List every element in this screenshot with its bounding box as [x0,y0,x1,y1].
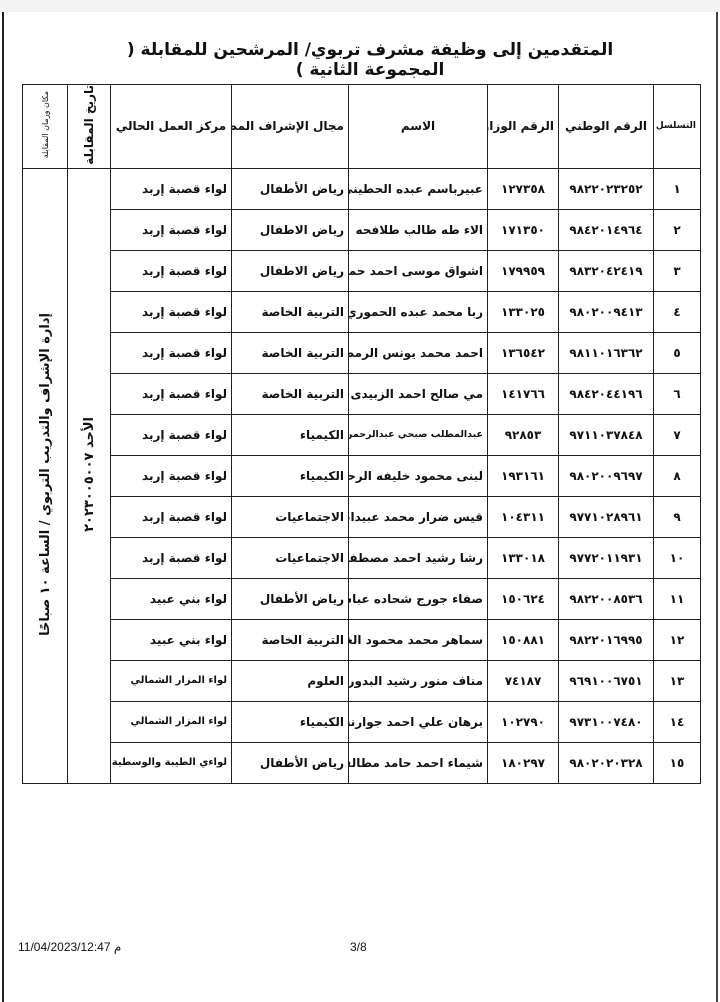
page-edge-right [716,12,718,1002]
table-row: ١٢٩٨٢٢٠١٦٩٩٥١٥٠٨٨١سماهر محمد محمود الغرا… [23,619,701,660]
footer-page-number: 3/8 [350,940,367,954]
row-seq: ١٢ [654,619,701,660]
header-seq: التسلسل [654,85,701,169]
row-field: الاجتماعيات [232,496,349,537]
row-ministry-id: ١٥٠٨٨١ [488,619,559,660]
row-ministry-id: ٧٤١٨٧ [488,660,559,701]
row-seq: ٨ [654,455,701,496]
row-name: عبدالمطلب صبحي عبدالرحمن العايدي [349,414,488,455]
row-field: رياض الأطفال [232,578,349,619]
table-row: ١٥٩٨٠٢٠٢٠٣٢٨١٨٠٢٩٧شيماء احمد حامد مطالقه… [23,742,701,783]
row-name: شيماء احمد حامد مطالقه [349,742,488,783]
row-ministry-id: ١٣٣٠١٨ [488,537,559,578]
table-row: ٦٩٨٤٢٠٤٤١٩٦١٤١٧٦٦مي صالح احمد الزبيدىالت… [23,373,701,414]
merged-interview-place-time: إدارة الإشراف والتدريب التربوي / الساعة … [23,168,68,783]
row-national-id: ٩٨٤٢٠١٤٩٦٤ [559,209,654,250]
table-row: ١٤٩٧٣١٠٠٧٤٨٠١٠٢٧٩٠برهان علي احمد جوارنها… [23,701,701,742]
row-ministry-id: ١٢٧٣٥٨ [488,168,559,209]
table-row: ٥٩٨١١٠١٦٣٦٢١٣٦٥٤٢احمد محمد يونس الرمضانا… [23,332,701,373]
row-field: الكيمياء [232,701,349,742]
row-field: الاجتماعيات [232,537,349,578]
row-field: التربية الخاصة [232,291,349,332]
row-name: مي صالح احمد الزبيدى [349,373,488,414]
row-field: رياض الاطفال [232,209,349,250]
row-field: التربية الخاصة [232,332,349,373]
row-ministry-id: ١٥٠٦٢٤ [488,578,559,619]
row-national-id: ٩٨٠٢٠٢٠٣٢٨ [559,742,654,783]
table-header-row: التسلسل الرقم الوطني الرقم الوزاري الاسم… [23,85,701,169]
row-workplace: لواء المزار الشمالي [111,660,232,701]
header-interview-date: تاريخ المقابلة [68,85,111,169]
row-field: العلوم [232,660,349,701]
row-workplace: لواء قصبة إربد [111,209,232,250]
row-name: برهان علي احمد جوارنه [349,701,488,742]
row-national-id: ٩٨٢٢٠٢٣٢٥٢ [559,168,654,209]
table-row: ٢٩٨٤٢٠١٤٩٦٤١٧١٣٥٠الاء طه طالب طلافحهرياض… [23,209,701,250]
candidates-table: التسلسل الرقم الوطني الرقم الوزاري الاسم… [22,84,701,784]
row-national-id: ٩٨٤٢٠٤٤١٩٦ [559,373,654,414]
row-seq: ٩ [654,496,701,537]
row-field: التربية الخاصة [232,619,349,660]
row-workplace: لواء قصبة إربد [111,496,232,537]
table-row: ٨٩٨٠٢٠٠٩٦٩٧١٩٣١٦١لبنى محمود خليفه الرحيل… [23,455,701,496]
row-national-id: ٩٧١١٠٣٧٨٤٨ [559,414,654,455]
row-ministry-id: ١٩٣١٦١ [488,455,559,496]
row-national-id: ٩٨٢٢٠١٦٩٩٥ [559,619,654,660]
row-workplace: لواء قصبة إربد [111,414,232,455]
row-name: لبنى محمود خليفه الرحيل [349,455,488,496]
document-title: المتقدمين إلى وظيفة مشرف تربوي/ المرشحين… [100,40,640,80]
table-body: ١٩٨٢٢٠٢٣٢٥٢١٢٧٣٥٨عبيرباسم عبده الحطينيري… [23,168,701,783]
row-name: رشا رشيد احمد مصطفى [349,537,488,578]
table-row: ٧٩٧١١٠٣٧٨٤٨٩٢٨٥٣عبدالمطلب صبحي عبدالرحمن… [23,414,701,455]
row-ministry-id: ١٣٣٠٢٥ [488,291,559,332]
row-ministry-id: ٩٢٨٥٣ [488,414,559,455]
row-national-id: ٩٧٧٢٠١١٩٣١ [559,537,654,578]
header-interview-date-label: تاريخ المقابلة [82,85,96,165]
row-field: التربية الخاصة [232,373,349,414]
table-row: ١١٩٨٢٢٠٠٨٥٣٦١٥٠٦٢٤صفاء جورج شحاده عباسير… [23,578,701,619]
row-workplace: لواء قصبة إربد [111,250,232,291]
row-seq: ١٥ [654,742,701,783]
row-name: احمد محمد يونس الرمضان [349,332,488,373]
header-interview-place-time-label: مكان وزمان المقابلة [41,91,50,158]
row-field: الكيمياء [232,414,349,455]
row-workplace: لواء قصبة إربد [111,168,232,209]
row-field: الكيمياء [232,455,349,496]
row-ministry-id: ١٣٦٥٤٢ [488,332,559,373]
row-seq: ١٤ [654,701,701,742]
table-row: ٣٩٨٣٢٠٤٢٤١٩١٧٩٩٥٩اشواق موسى احمد حمايدهر… [23,250,701,291]
row-seq: ١ [654,168,701,209]
row-national-id: ٩٨٠٢٠٠٩٦٩٧ [559,455,654,496]
row-name: الاء طه طالب طلافحه [349,209,488,250]
merged-interview-date: الأحد ٢٠٢٣٠٠٥٠٠٧ [68,168,111,783]
row-national-id: ٩٨٠٢٠٠٩٤١٣ [559,291,654,332]
row-ministry-id: ١٠٢٧٩٠ [488,701,559,742]
row-ministry-id: ١٤١٧٦٦ [488,373,559,414]
row-national-id: ٩٧٧١٠٢٨٩٦١ [559,496,654,537]
row-workplace: لواء بني عبيد [111,619,232,660]
table-row: ٤٩٨٠٢٠٠٩٤١٣١٣٣٠٢٥ربا محمد عبده الحموريال… [23,291,701,332]
interview-place-time-text: إدارة الإشراف والتدريب التربوي / الساعة … [38,313,53,636]
row-field: رياض الاطفال [232,250,349,291]
row-workplace: لواء المزار الشمالي [111,701,232,742]
row-ministry-id: ١٨٠٢٩٧ [488,742,559,783]
row-ministry-id: ١٧١٣٥٠ [488,209,559,250]
table-row: ١٠٩٧٧٢٠١١٩٣١١٣٣٠١٨رشا رشيد احمد مصطفىالا… [23,537,701,578]
row-seq: ١٠ [654,537,701,578]
header-name: الاسم [349,85,488,169]
row-name: عبيرباسم عبده الحطيني [349,168,488,209]
table-row: ١٣٩٦٩١٠٠٦٧٥١٧٤١٨٧مناف منور رشيد البدورال… [23,660,701,701]
row-workplace: لواءي الطيبة والوسطية [111,742,232,783]
row-workplace: لواء قصبة إربد [111,291,232,332]
top-strip [0,0,720,12]
interview-date-text: الأحد ٢٠٢٣٠٠٥٠٠٧ [82,417,97,532]
row-national-id: ٩٨٢٢٠٠٨٥٣٦ [559,578,654,619]
row-field: رياض الأطفال [232,168,349,209]
row-national-id: ٩٧٣١٠٠٧٤٨٠ [559,701,654,742]
row-workplace: لواء قصبة إربد [111,455,232,496]
row-seq: ٢ [654,209,701,250]
row-ministry-id: ١٠٤٣١١ [488,496,559,537]
row-workplace: لواء قصبة إربد [111,537,232,578]
row-seq: ١١ [654,578,701,619]
header-field: مجال الإشراف المطلوب [232,85,349,169]
page-edge-left [2,12,4,1002]
row-name: مناف منور رشيد البدور [349,660,488,701]
row-seq: ٤ [654,291,701,332]
row-name: ربا محمد عبده الحموري [349,291,488,332]
row-ministry-id: ١٧٩٩٥٩ [488,250,559,291]
row-workplace: لواء بني عبيد [111,578,232,619]
header-ministry-id: الرقم الوزاري [488,85,559,169]
row-name: سماهر محمد محمود الغرايبه [349,619,488,660]
row-seq: ٥ [654,332,701,373]
row-national-id: ٩٨٣٢٠٤٢٤١٩ [559,250,654,291]
row-national-id: ٩٨١١٠١٦٣٦٢ [559,332,654,373]
row-seq: ٣ [654,250,701,291]
header-national-id: الرقم الوطني [559,85,654,169]
row-seq: ١٣ [654,660,701,701]
row-seq: ٧ [654,414,701,455]
row-national-id: ٩٦٩١٠٠٦٧٥١ [559,660,654,701]
row-workplace: لواء قصبة إربد [111,332,232,373]
table-row: ٩٩٧٧١٠٢٨٩٦١١٠٤٣١١قيس ضرار محمد عبيداتالا… [23,496,701,537]
row-workplace: لواء قصبة إربد [111,373,232,414]
table-row: ١٩٨٢٢٠٢٣٢٥٢١٢٧٣٥٨عبيرباسم عبده الحطينيري… [23,168,701,209]
row-field: رياض الأطفال [232,742,349,783]
row-name: اشواق موسى احمد حمايده [349,250,488,291]
row-seq: ٦ [654,373,701,414]
row-name: صفاء جورج شحاده عباسي [349,578,488,619]
footer-timestamp: 11/04/2023/12:47 م [18,940,121,954]
header-workplace: مركز العمل الحالي [111,85,232,169]
row-name: قيس ضرار محمد عبيدات [349,496,488,537]
header-interview-place-time: مكان وزمان المقابلة [23,85,68,169]
